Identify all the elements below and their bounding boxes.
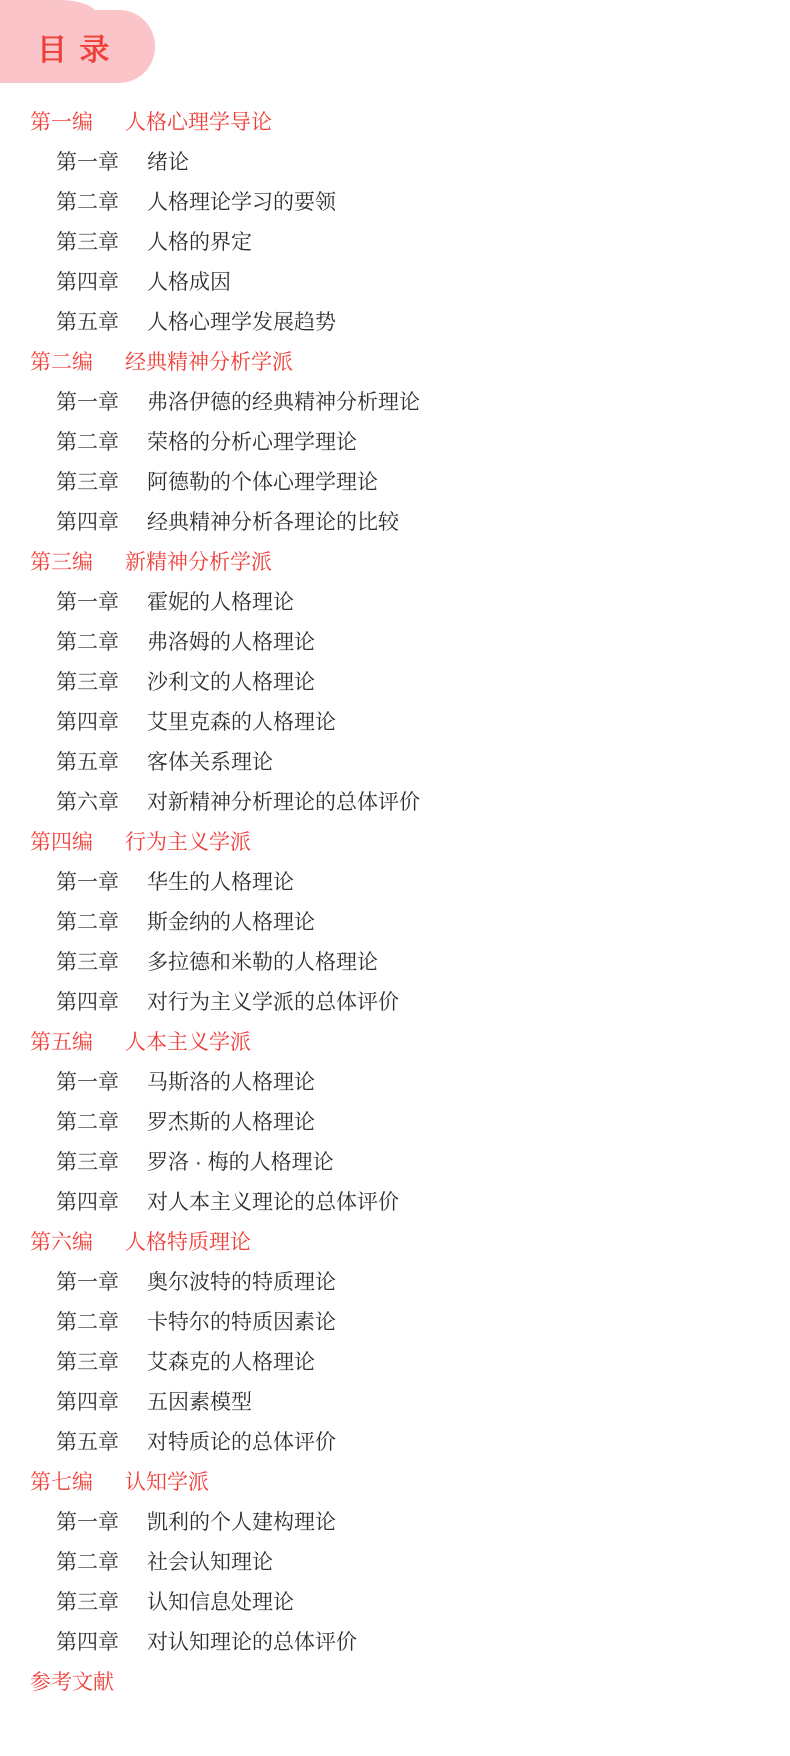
- chapter-row[interactable]: 第三章 多拉德和米勒的人格理论: [30, 943, 790, 983]
- section-number: 第六编: [30, 1223, 93, 1263]
- chapter-row[interactable]: 第四章 对行为主义学派的总体评价: [30, 983, 790, 1023]
- chapter-row[interactable]: 第二章 罗杰斯的人格理论: [30, 1103, 790, 1143]
- chapter-title: 华生的人格理论: [147, 863, 294, 903]
- chapter-row[interactable]: 第一章 霍妮的人格理论: [30, 583, 790, 623]
- chapter-title: 社会认知理论: [147, 1543, 273, 1583]
- chapter-number: 第一章: [56, 383, 119, 423]
- section-title: 新精神分析学派: [125, 543, 272, 583]
- chapter-title: 人格理论学习的要领: [147, 183, 336, 223]
- chapter-title: 客体关系理论: [147, 743, 273, 783]
- chapter-number: 第一章: [56, 1503, 119, 1543]
- chapter-row[interactable]: 第一章 马斯洛的人格理论: [30, 1063, 790, 1103]
- chapter-row[interactable]: 第四章 对人本主义理论的总体评价: [30, 1183, 790, 1223]
- chapter-title: 斯金纳的人格理论: [147, 903, 315, 943]
- chapter-row[interactable]: 第五章 客体关系理论: [30, 743, 790, 783]
- chapter-title: 阿德勒的个体心理学理论: [147, 463, 378, 503]
- chapter-number: 第四章: [56, 1183, 119, 1223]
- chapter-title: 沙利文的人格理论: [147, 663, 315, 703]
- chapter-row[interactable]: 第二章 荣格的分析心理学理论: [30, 423, 790, 463]
- badge-title: 目 录: [0, 25, 111, 69]
- chapter-number: 第一章: [56, 1063, 119, 1103]
- chapter-row[interactable]: 第二章 弗洛姆的人格理论: [30, 623, 790, 663]
- chapter-row[interactable]: 第一章 华生的人格理论: [30, 863, 790, 903]
- chapter-number: 第三章: [56, 1143, 119, 1183]
- section-number: 参考文献: [30, 1663, 114, 1703]
- chapter-row[interactable]: 第四章 人格成因: [30, 263, 790, 303]
- chapter-row[interactable]: 第一章 绪论: [30, 143, 790, 183]
- chapter-number: 第五章: [56, 743, 119, 783]
- chapter-number: 第三章: [56, 463, 119, 503]
- chapter-number: 第三章: [56, 943, 119, 983]
- chapter-title: 对新精神分析理论的总体评价: [147, 783, 420, 823]
- chapter-row[interactable]: 第三章 艾森克的人格理论: [30, 1343, 790, 1383]
- section-heading[interactable]: 第三编 新精神分析学派: [30, 543, 790, 583]
- chapter-row[interactable]: 第六章 对新精神分析理论的总体评价: [30, 783, 790, 823]
- chapter-number: 第二章: [56, 1543, 119, 1583]
- references-row[interactable]: 参考文献: [30, 1663, 790, 1703]
- chapter-title: 人格成因: [147, 263, 231, 303]
- chapter-number: 第四章: [56, 703, 119, 743]
- section-number: 第二编: [30, 343, 93, 383]
- chapter-title: 马斯洛的人格理论: [147, 1063, 315, 1103]
- chapter-title: 弗洛姆的人格理论: [147, 623, 315, 663]
- chapter-number: 第三章: [56, 1343, 119, 1383]
- chapter-title: 对人本主义理论的总体评价: [147, 1183, 399, 1223]
- chapter-number: 第四章: [56, 1383, 119, 1423]
- chapter-title: 人格心理学发展趋势: [147, 303, 336, 343]
- chapter-number: 第三章: [56, 223, 119, 263]
- chapter-number: 第二章: [56, 1103, 119, 1143]
- section-heading[interactable]: 第七编 认知学派: [30, 1463, 790, 1503]
- section-heading[interactable]: 第四编 行为主义学派: [30, 823, 790, 863]
- chapter-row[interactable]: 第四章 对认知理论的总体评价: [30, 1623, 790, 1663]
- chapter-number: 第二章: [56, 423, 119, 463]
- chapter-title: 凯利的个人建构理论: [147, 1503, 336, 1543]
- chapter-row[interactable]: 第五章 对特质论的总体评价: [30, 1423, 790, 1463]
- chapter-number: 第三章: [56, 663, 119, 703]
- chapter-row[interactable]: 第五章 人格心理学发展趋势: [30, 303, 790, 343]
- chapter-number: 第一章: [56, 1263, 119, 1303]
- chapter-title: 绪论: [147, 143, 189, 183]
- section-number: 第三编: [30, 543, 93, 583]
- section-heading[interactable]: 第一编 人格心理学导论: [30, 103, 790, 143]
- chapter-title: 罗杰斯的人格理论: [147, 1103, 315, 1143]
- chapter-row[interactable]: 第三章 人格的界定: [30, 223, 790, 263]
- chapter-number: 第四章: [56, 983, 119, 1023]
- chapter-number: 第四章: [56, 1623, 119, 1663]
- chapter-number: 第二章: [56, 623, 119, 663]
- chapter-number: 第二章: [56, 1303, 119, 1343]
- section-title: 经典精神分析学派: [125, 343, 293, 383]
- chapter-row[interactable]: 第二章 卡特尔的特质因素论: [30, 1303, 790, 1343]
- chapter-row[interactable]: 第四章 艾里克森的人格理论: [30, 703, 790, 743]
- chapter-row[interactable]: 第二章 社会认知理论: [30, 1543, 790, 1583]
- section-title: 人格心理学导论: [125, 103, 272, 143]
- toc-badge: 目 录: [0, 0, 790, 83]
- chapter-title: 艾森克的人格理论: [147, 1343, 315, 1383]
- chapter-title: 对特质论的总体评价: [147, 1423, 336, 1463]
- chapter-row[interactable]: 第三章 阿德勒的个体心理学理论: [30, 463, 790, 503]
- chapter-row[interactable]: 第三章 罗洛 · 梅的人格理论: [30, 1143, 790, 1183]
- chapter-title: 荣格的分析心理学理论: [147, 423, 357, 463]
- section-heading[interactable]: 第五编 人本主义学派: [30, 1023, 790, 1063]
- chapter-title: 认知信息处理论: [147, 1583, 294, 1623]
- chapter-title: 对行为主义学派的总体评价: [147, 983, 399, 1023]
- chapter-row[interactable]: 第二章 人格理论学习的要领: [30, 183, 790, 223]
- chapter-number: 第一章: [56, 143, 119, 183]
- chapter-number: 第五章: [56, 1423, 119, 1463]
- section-title: 认知学派: [125, 1463, 209, 1503]
- badge-body: 目 录: [0, 10, 155, 83]
- chapter-number: 第二章: [56, 183, 119, 223]
- chapter-title: 五因素模型: [147, 1383, 252, 1423]
- section-number: 第四编: [30, 823, 93, 863]
- chapter-title: 多拉德和米勒的人格理论: [147, 943, 378, 983]
- chapter-number: 第一章: [56, 583, 119, 623]
- section-heading[interactable]: 第六编 人格特质理论: [30, 1223, 790, 1263]
- section-number: 第一编: [30, 103, 93, 143]
- chapter-row[interactable]: 第三章 沙利文的人格理论: [30, 663, 790, 703]
- section-title: 行为主义学派: [125, 823, 251, 863]
- section-number: 第五编: [30, 1023, 93, 1063]
- chapter-title: 经典精神分析各理论的比较: [147, 503, 399, 543]
- chapter-number: 第四章: [56, 503, 119, 543]
- chapter-row[interactable]: 第四章 五因素模型: [30, 1383, 790, 1423]
- chapter-row[interactable]: 第四章 经典精神分析各理论的比较: [30, 503, 790, 543]
- chapter-number: 第三章: [56, 1583, 119, 1623]
- chapter-row[interactable]: 第一章 弗洛伊德的经典精神分析理论: [30, 383, 790, 423]
- chapter-title: 对认知理论的总体评价: [147, 1623, 357, 1663]
- section-heading[interactable]: 第二编 经典精神分析学派: [30, 343, 790, 383]
- toc-list: 第一编 人格心理学导论 第一章 绪论 第二章 人格理论学习的要领 第三章 人格的…: [0, 103, 790, 1703]
- section-title: 人本主义学派: [125, 1023, 251, 1063]
- chapter-title: 艾里克森的人格理论: [147, 703, 336, 743]
- chapter-row[interactable]: 第一章 凯利的个人建构理论: [30, 1503, 790, 1543]
- chapter-row[interactable]: 第三章 认知信息处理论: [30, 1583, 790, 1623]
- chapter-title: 奥尔波特的特质理论: [147, 1263, 336, 1303]
- chapter-number: 第一章: [56, 863, 119, 903]
- chapter-title: 卡特尔的特质因素论: [147, 1303, 336, 1343]
- chapter-number: 第四章: [56, 263, 119, 303]
- chapter-row[interactable]: 第二章 斯金纳的人格理论: [30, 903, 790, 943]
- chapter-row[interactable]: 第一章 奥尔波特的特质理论: [30, 1263, 790, 1303]
- chapter-title: 人格的界定: [147, 223, 252, 263]
- section-number: 第七编: [30, 1463, 93, 1503]
- section-title: 人格特质理论: [125, 1223, 251, 1263]
- chapter-number: 第六章: [56, 783, 119, 823]
- chapter-title: 弗洛伊德的经典精神分析理论: [147, 383, 420, 423]
- chapter-title: 罗洛 · 梅的人格理论: [147, 1143, 334, 1183]
- chapter-number: 第五章: [56, 303, 119, 343]
- chapter-title: 霍妮的人格理论: [147, 583, 294, 623]
- chapter-number: 第二章: [56, 903, 119, 943]
